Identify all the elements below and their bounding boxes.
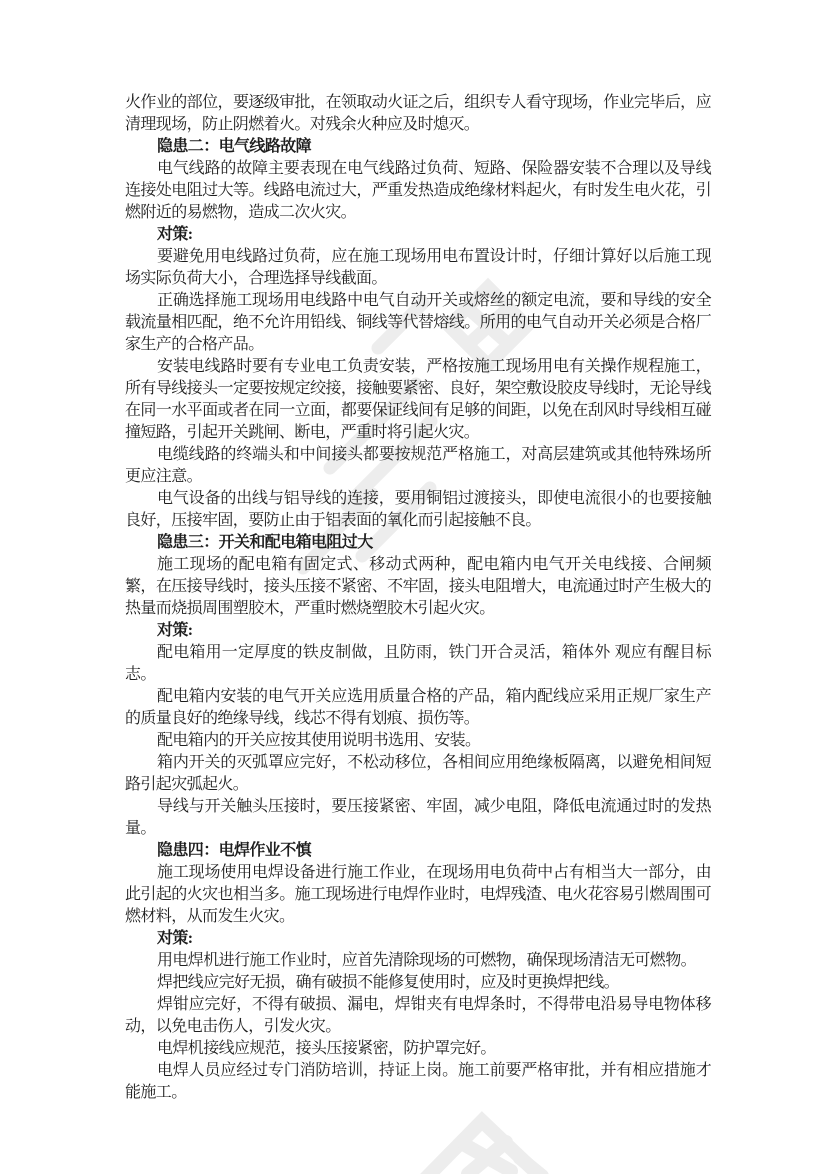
paragraph: 焊把线应完好无损，确有破损不能修复使用时，应及时更换焊把线。 — [125, 972, 711, 994]
paragraph: 电焊机接线应规范，接头压接紧密，防护罩完好。 — [125, 1038, 711, 1060]
section-heading: 对策: — [125, 928, 711, 950]
document-page: 火作业的部位，要逐级审批，在领取动火证之后，组织专人看守现场，作业完毕后，应清理… — [0, 0, 830, 1174]
paragraph: 导线与开关触头压接时，要压接紧密、牢固，减少电阻，降低电流通过时的发热量。 — [125, 796, 711, 840]
paragraph: 施工现场的配电箱有固定式、移动式两种，配电箱内电气开关电线接、合闸频繁，在压接导… — [125, 554, 711, 620]
document-body: 火作业的部位，要逐级审批，在领取动火证之后，组织专人看守现场，作业完毕后，应清理… — [125, 92, 711, 1104]
section-heading: 对策: — [125, 620, 711, 642]
paragraph: 焊钳应完好，不得有破损、漏电，焊钳夹有电焊条时，不得带电沿易导电物体移动，以免电… — [125, 994, 711, 1038]
paragraph: 配电箱内的开关应按其使用说明书选用、安装。 — [125, 730, 711, 752]
paragraph: 要避免用电线路过负荷，应在施工现场用电布置设计时，仔细计算好以后施工现场实际负荷… — [125, 246, 711, 290]
paragraph: 施工现场使用电焊设备进行施工作业，在现场用电负荷中占有相当大一部分，由此引起的火… — [125, 862, 711, 928]
paragraph: 箱内开关的灭弧罩应完好，不松动移位，各相间应用绝缘板隔离，以避免相间短路引起灾弧… — [125, 752, 711, 796]
section-heading: 隐患四：电焊作业不慎 — [125, 840, 711, 862]
paragraph: 用电焊机进行施工作业时，应首先清除现场的可燃物，确保现场清洁无可燃物。 — [125, 950, 711, 972]
paragraph: 电气线路的故障主要表现在电气线路过负荷、短路、保险器安装不合理以及导线连接处电阻… — [125, 158, 711, 224]
paragraph: 火作业的部位，要逐级审批，在领取动火证之后，组织专人看守现场，作业完毕后，应清理… — [125, 92, 711, 136]
watermark-glyph-bottom — [424, 1121, 544, 1174]
section-heading: 隐患三：开关和配电箱电阻过大 — [125, 532, 711, 554]
paragraph: 安装电线路时要有专业电工负责安装，严格按施工现场用电有关操作规程施工，所有导线接… — [125, 356, 711, 444]
section-heading: 隐患二：电气线路故障 — [125, 136, 711, 158]
paragraph: 电气设备的出线与铝导线的连接，要用铜铝过渡接头，即使电流很小的也要接触良好，压接… — [125, 488, 711, 532]
paragraph: 正确选择施工现场用电线路中电气自动开关或熔丝的额定电流，要和导线的安全载流量相匹… — [125, 290, 711, 356]
paragraph: 电焊人员应经过专门消防培训，持证上岗。施工前要严格审批，并有相应措施才能施工。 — [125, 1060, 711, 1104]
paragraph: 配电箱内安装的电气开关应选用质量合格的产品，箱内配线应采用正规厂家生产的质量良好… — [125, 686, 711, 730]
paragraph: 电缆线路的终端头和中间接头都要按规范严格施工，对高层建筑或其他特殊场所更应注意。 — [125, 444, 711, 488]
section-heading: 对策: — [125, 224, 711, 246]
paragraph: 配电箱用一定厚度的铁皮制做，且防雨，铁门开合灵活，箱体外 观应有醒目标志。 — [125, 642, 711, 686]
